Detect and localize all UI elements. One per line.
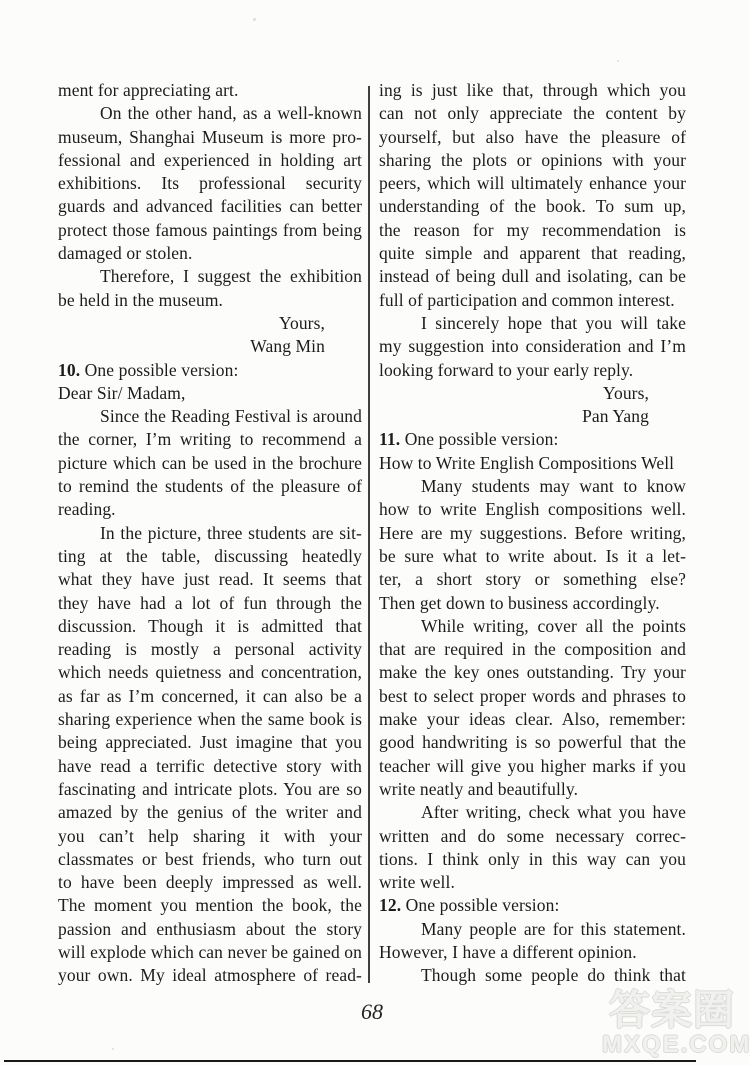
text-line: best to select proper words and phrases … [379,685,686,708]
text-line: be held in the museum. [58,289,362,312]
text-line: After writing, check what you have [379,801,686,824]
text-line: can not only appreciate the content by [379,102,686,125]
text-line: to have been deeply impressed as well. [58,871,362,894]
text-line: Dear Sir/ Madam, [58,382,362,405]
text-line: Yours, [58,312,362,335]
text-line: Here are my suggestions. Before writing, [379,522,686,545]
text-line: tions. I think only in this way can you [379,848,686,871]
text-line: instead of being dull and isolating, can… [379,265,686,288]
text-line: your own. My ideal atmosphere of read- [58,964,362,987]
text-line: reading is mostly a personal activity [58,638,362,661]
text-line: written and do some necessary correc- [379,825,686,848]
text-line: 11. One possible version: [379,428,686,451]
text-line: write well. [379,871,686,894]
text-line: Therefore, I suggest the exhibition [58,265,362,288]
text-line: the reason for my recommendation is [379,219,686,242]
text-line: how to write English compositions well. [379,498,686,521]
text-line: Though some people do think that [379,964,686,987]
watermark-domain: MXQE.COM [602,1032,742,1058]
text-line: I sincerely hope that you will take [379,312,686,335]
text-line: have read a terrific detective story wit… [58,755,362,778]
text-line: sharing the plots or opinions with your [379,149,686,172]
text-line: damaged or stolen. [58,242,362,265]
left-column: ment for appreciating art.On the other h… [58,79,362,988]
text-line: In the picture, three students are sit- [58,522,362,545]
text-line: fascinating and intricate plots. You are… [58,778,362,801]
text-line: you can’t help sharing it with your [58,825,362,848]
text-line: How to Write English Compositions Well [379,452,686,475]
text-line: good handwriting is so powerful that the [379,731,686,754]
text-line: Since the Reading Festival is around [58,405,362,428]
text-line: being appreciated. Just imagine that you [58,731,362,754]
watermark: 答案圈 MXQE.COM [602,988,742,1058]
text-line: Yours, [379,382,686,405]
page-number: 68 [352,999,392,1025]
text-line: my suggestion into consideration and I’m [379,335,686,358]
paper-speck [112,1048,114,1050]
text-line: classmates or best friends, who turn out [58,848,362,871]
text-line: what they have just read. It seems that [58,568,362,591]
right-column: ing is just like that, through which you… [379,79,686,988]
paper-speck [253,18,256,21]
text-line: make your ideas clear. Also, remember: [379,708,686,731]
text-line: protect those famous paintings from bein… [58,219,362,242]
paper-speck [617,60,619,62]
text-line: On the other hand, as a well-known [58,102,362,125]
text-line: 10. One possible version: [58,359,362,382]
text-line: ing is just like that, through which you [379,79,686,102]
text-line: will explode which can never be gained o… [58,941,362,964]
watermark-chinese-logo: 答案圈 [602,988,742,1032]
text-line: write neatly and beautifully. [379,778,686,801]
text-line: which needs quietness and concentration, [58,661,362,684]
text-line: Then get down to business accordingly. [379,592,686,615]
text-line: picture which can be used in the brochur… [58,452,362,475]
item-number: 11. [379,429,400,449]
text-line: passion and enthusiasm about the story [58,918,362,941]
text-line: ment for appreciating art. [58,79,362,102]
text-line: understanding of the book. To sum up, [379,195,686,218]
text-line: they have had a lot of fun through the [58,592,362,615]
item-number: 10. [58,360,80,380]
text-line: While writing, cover all the points [379,615,686,638]
text-line: ter, a short story or something else? [379,568,686,591]
text-line: sharing experience when the same book is [58,708,362,731]
text-line: peers, which will ultimately enhance you… [379,172,686,195]
text-line: quite simple and apparent that reading, [379,242,686,265]
text-line: guards and advanced facilities can bette… [58,195,362,218]
text-line: The moment you mention the book, the [58,894,362,917]
text-line: 12. One possible version: [379,894,686,917]
text-line: fessional and experienced in holding art [58,149,362,172]
scan-edge-line [4,1060,696,1062]
text-line: full of participation and common interes… [379,289,686,312]
item-number: 12. [379,895,401,915]
text-line: reading. [58,498,362,521]
text-line: exhibitions. Its professional security [58,172,362,195]
text-line: teacher will give you higher marks if yo… [379,755,686,778]
text-line: looking forward to your early reply. [379,359,686,382]
text-line: to remind the students of the pleasure o… [58,475,362,498]
text-line: museum, Shanghai Museum is more pro- [58,126,362,149]
text-line: amazed by the genius of the writer and [58,801,362,824]
text-line: Wang Min [58,335,362,358]
text-line: that are required in the composition and [379,638,686,661]
text-line: However, I have a different opinion. [379,941,686,964]
text-line: Pan Yang [379,405,686,428]
column-divider [368,86,370,983]
text-line: be sure what to write about. Is it a let… [379,545,686,568]
text-line: make the key ones outstanding. Try your [379,661,686,684]
text-line: Many students may want to know [379,475,686,498]
text-line: discussion. Though it is admitted that [58,615,362,638]
text-line: yourself, but also have the pleasure of [379,126,686,149]
text-line: the corner, I’m writing to recommend a [58,428,362,451]
text-line: ting at the table, discussing heatedly [58,545,362,568]
text-line: Many people are for this statement. [379,918,686,941]
text-line: as far as I’m concerned, it can also be … [58,685,362,708]
